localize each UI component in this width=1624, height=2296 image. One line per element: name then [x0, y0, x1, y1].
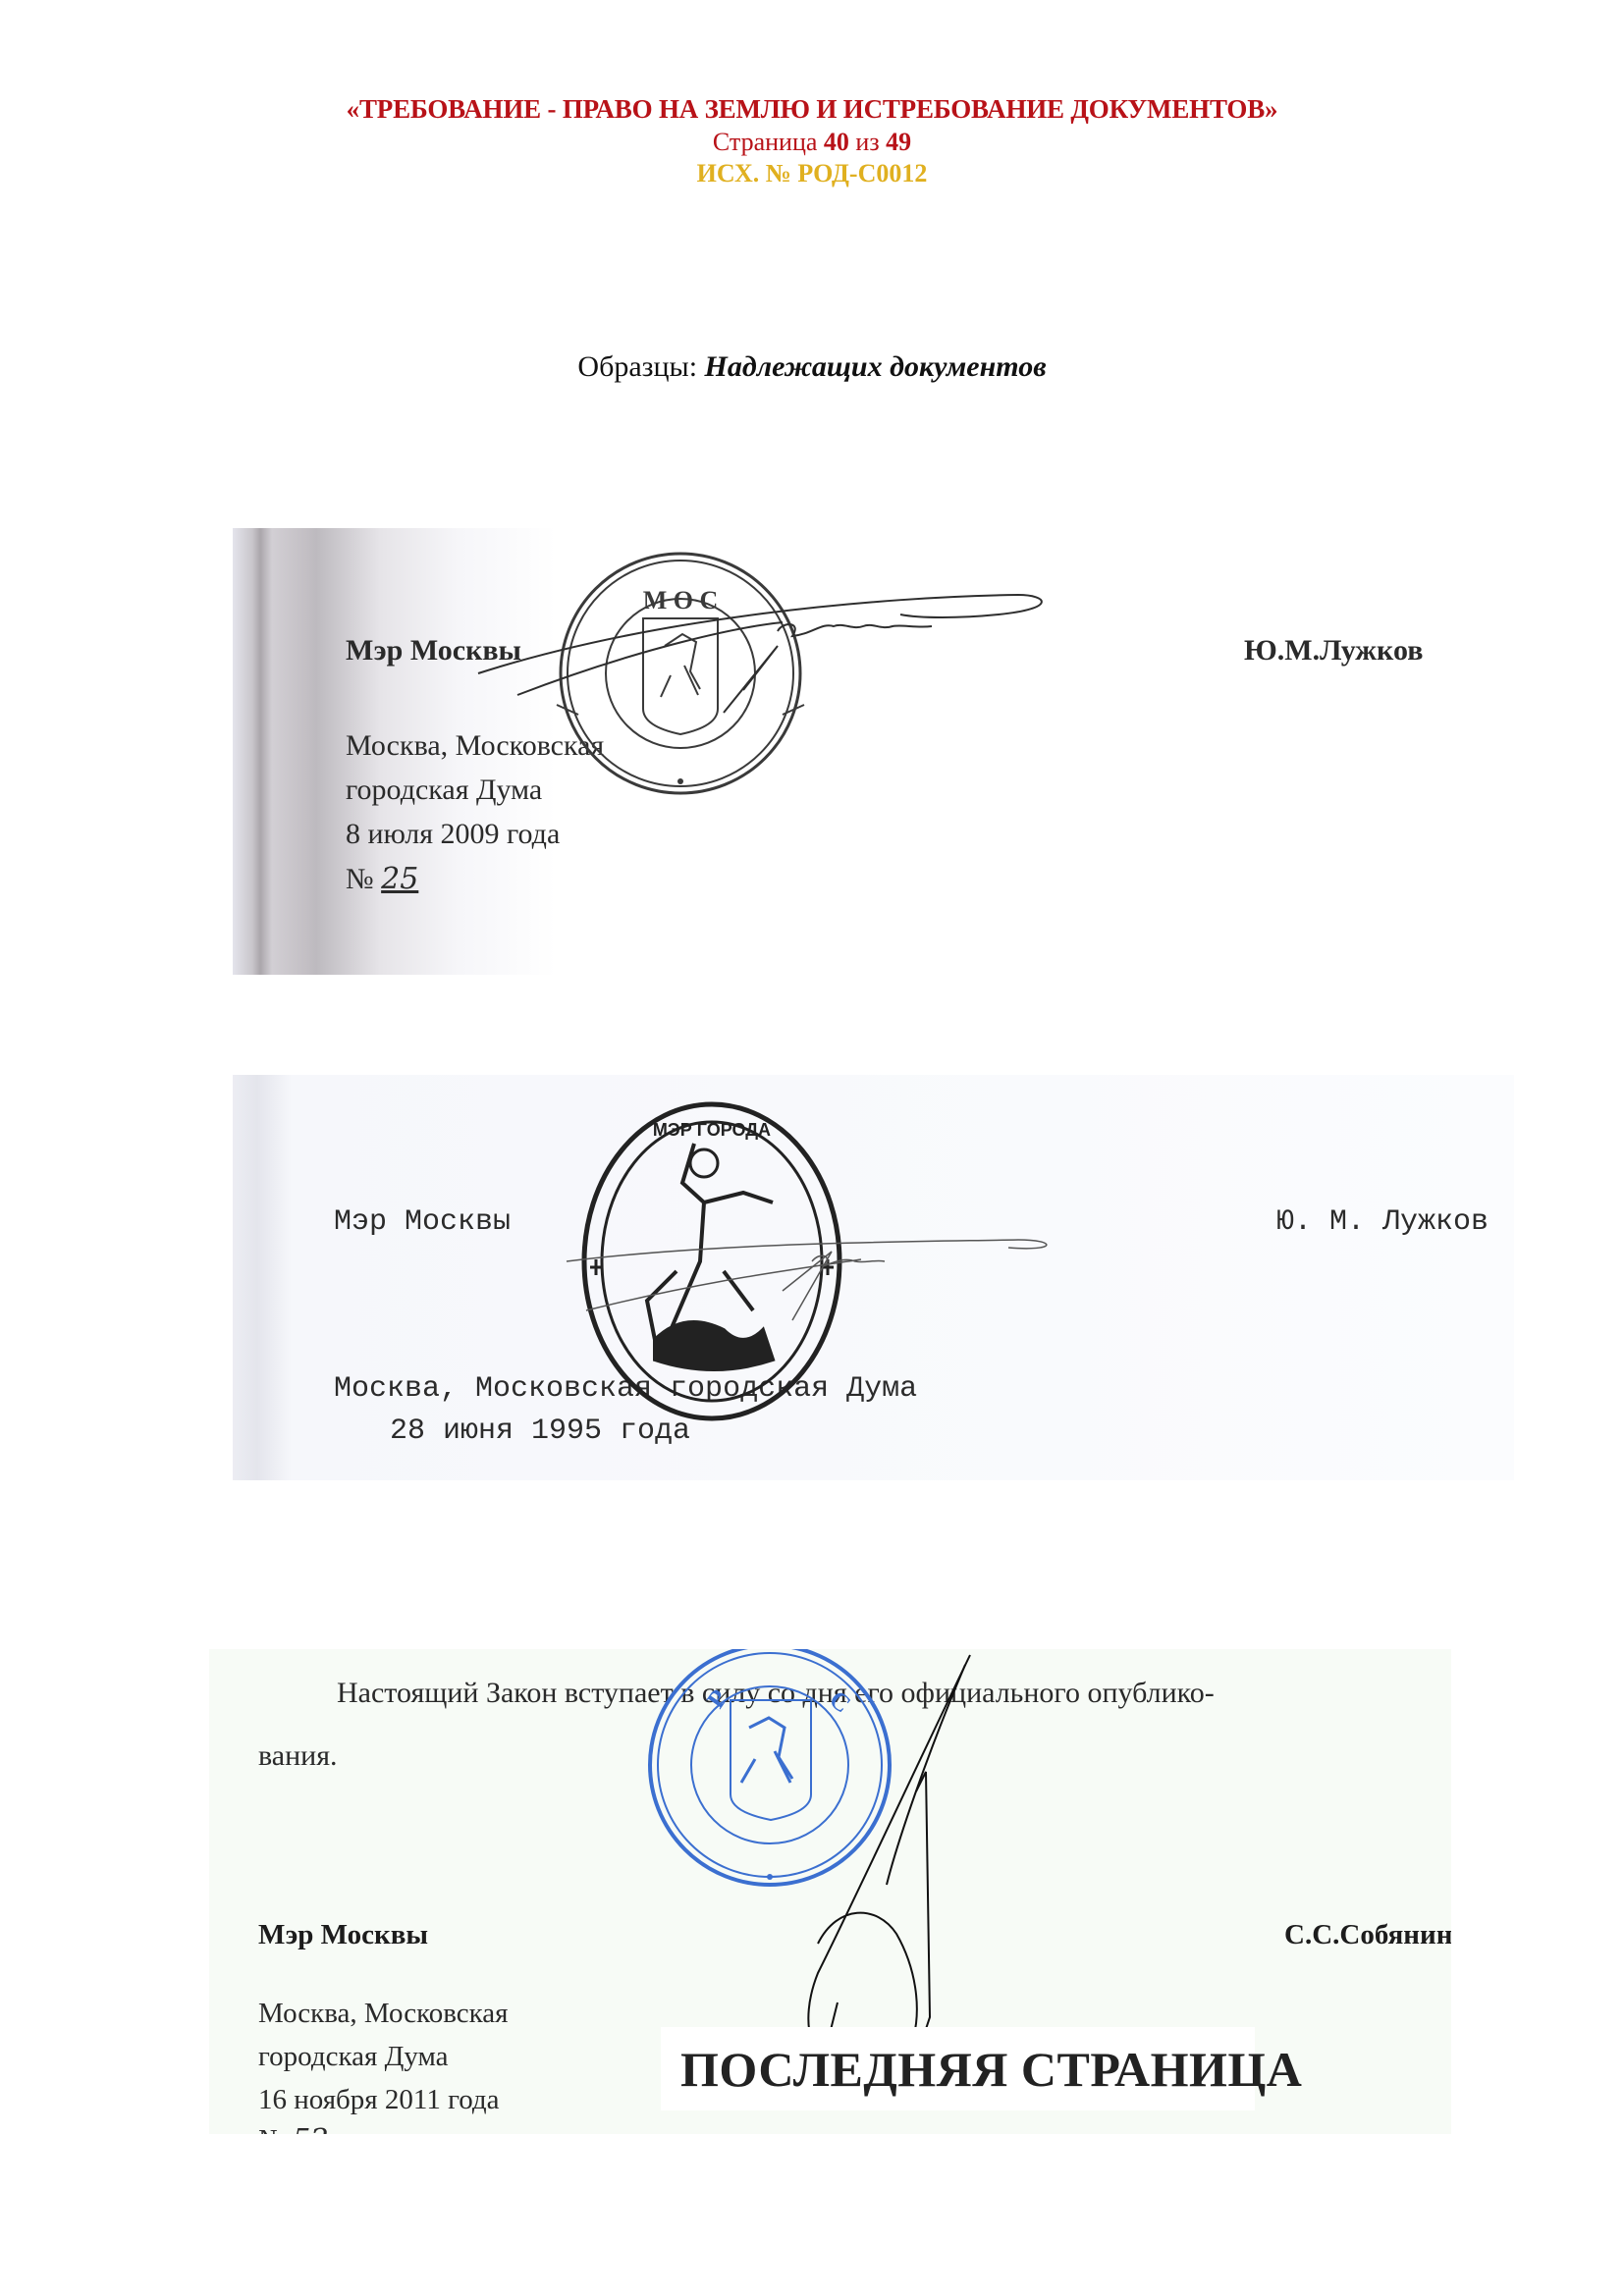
document-sample-2009: Мэр Москвы Ю.М.Лужков Москва, Московская… [233, 528, 1519, 975]
page-indicator: Страница 40 из 49 [0, 128, 1624, 157]
samples-emphasis: Надлежащих документов [705, 350, 1047, 383]
signatory-title: Мэр Москвы [334, 1205, 511, 1239]
signatory-name: С.С.Собянин [1284, 1919, 1451, 1951]
page-current: 40 [824, 128, 849, 156]
document-number: № 52 [258, 2122, 329, 2134]
page-label: Страница [713, 128, 818, 156]
samples-heading: Образцы: Надлежащих документов [0, 350, 1624, 384]
last-page-label: ПОСЛЕДНЯЯ СТРАНИЦА [680, 2041, 1302, 2098]
place-line-2: городская Дума [346, 774, 542, 807]
signatory-name: Ю.М.Лужков [1244, 634, 1423, 667]
place-line-1: Москва, Московская [346, 729, 604, 763]
signatory-title: Мэр Москвы [346, 634, 521, 667]
document-title: «ТРЕБОВАНИЕ - ПРАВО НА ЗЕМЛЮ И ИСТРЕБОВА… [0, 94, 1624, 125]
place-line-2: городская Дума [258, 2041, 449, 2073]
document-date: 28 июня 1995 года [390, 1415, 690, 1448]
svg-text:М О С: М О С [643, 586, 719, 614]
signatory-title: Мэр Москвы [258, 1919, 428, 1951]
place-line-1: Москва, Московская [258, 1998, 508, 2030]
svg-text:МЭР ГОРОДА: МЭР ГОРОДА [653, 1120, 771, 1140]
outgoing-reference: ИСХ. № РОД-С0012 [0, 159, 1624, 188]
document-sample-2011: Настоящий Закон вступает в силу со дня е… [209, 1649, 1451, 2134]
place-line: Москва, Московская городская Дума [334, 1372, 917, 1406]
last-page-banner: ПОСЛЕДНЯЯ СТРАНИЦА [661, 2027, 1255, 2110]
signatory-name: Ю. М. Лужков [1276, 1205, 1489, 1239]
law-text-line-1: Настоящий Закон вступает в силу со дня е… [337, 1677, 1215, 1710]
document-number: № 25 [346, 862, 418, 896]
number-prefix: № [346, 863, 374, 895]
document-date: 16 ноября 2011 года [258, 2084, 500, 2116]
document-date: 8 июля 2009 года [346, 818, 560, 851]
page-total: 49 [886, 128, 911, 156]
document-sample-1995: Мэр Москвы Ю. М. Лужков Москва, Московск… [233, 1075, 1514, 1480]
number-prefix: № [258, 2124, 286, 2134]
page-separator: из [855, 128, 879, 156]
samples-label: Образцы: [577, 350, 697, 383]
handwritten-number: 52 [293, 2122, 329, 2134]
law-text-line-2: вания. [258, 1739, 338, 1773]
handwritten-number: 25 [381, 862, 418, 896]
